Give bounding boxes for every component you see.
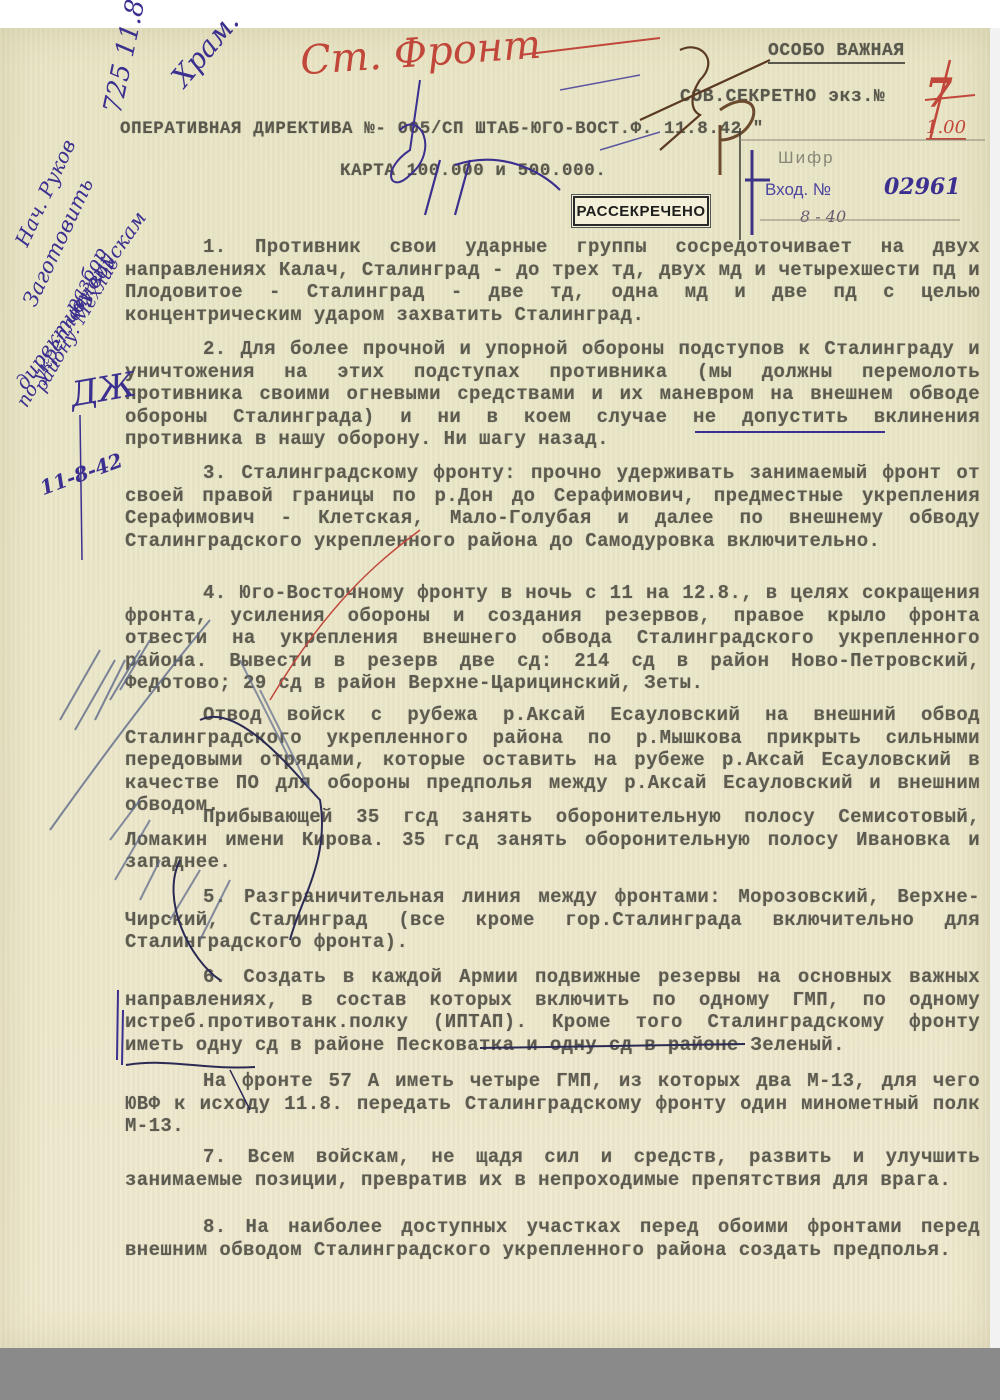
paragraph-7: 7. Всем войскам, не щадя сил и средств, … [125,1146,980,1191]
classification-label: ОСОБО ВАЖНАЯ [768,40,905,64]
secrecy-label: СОВ.СЕКРЕТНО экз.№ [680,86,885,108]
paragraph-4: 4. Юго-Восточному фронту в ночь с 11 на … [125,582,980,695]
incoming-number: 02961 [884,174,961,200]
paragraph-4b: Отвод войск с рубежа р.Аксай Есауловский… [125,704,980,817]
paragraph-1: 1. Противник свои ударные группы сосредо… [125,236,980,326]
paragraph-8: 8. На наиболее доступных участках перед … [125,1216,980,1261]
incoming-stamp-label-top: Шифр [778,148,835,168]
directive-time: 1.00 [926,117,966,140]
paragraph-6: 6. Создать в каждой Армии подвижные резе… [125,966,980,1056]
paragraph-2: 2. Для более прочной и упорной обороны п… [125,338,980,451]
page-edge [990,28,1000,1348]
declassified-stamp: РАССЕКРЕЧЕНО [573,196,709,226]
paragraph-3: 3. Сталинградскому фронту: прочно удержи… [125,462,980,552]
directive-header: ОПЕРАТИВНАЯ ДИРЕКТИВА №- 005/СП ШТАБ-ЮГО… [120,118,764,140]
paragraph-5: 5. Разграничительная линия между фронтам… [125,886,980,954]
incoming-stamp-label: Вход. № [765,180,831,200]
background-band [0,1348,1000,1400]
copy-number: 7 [925,70,953,117]
paragraph-4c: Прибывающей 35 гсд занять оборонительную… [125,806,980,874]
paragraph-6b: На фронте 57 А иметь четыре ГМП, из кото… [125,1070,980,1138]
map-scale: КАРТА 100.000 и 500.000. [340,160,606,182]
incoming-date: 8 - 40 [800,207,846,226]
